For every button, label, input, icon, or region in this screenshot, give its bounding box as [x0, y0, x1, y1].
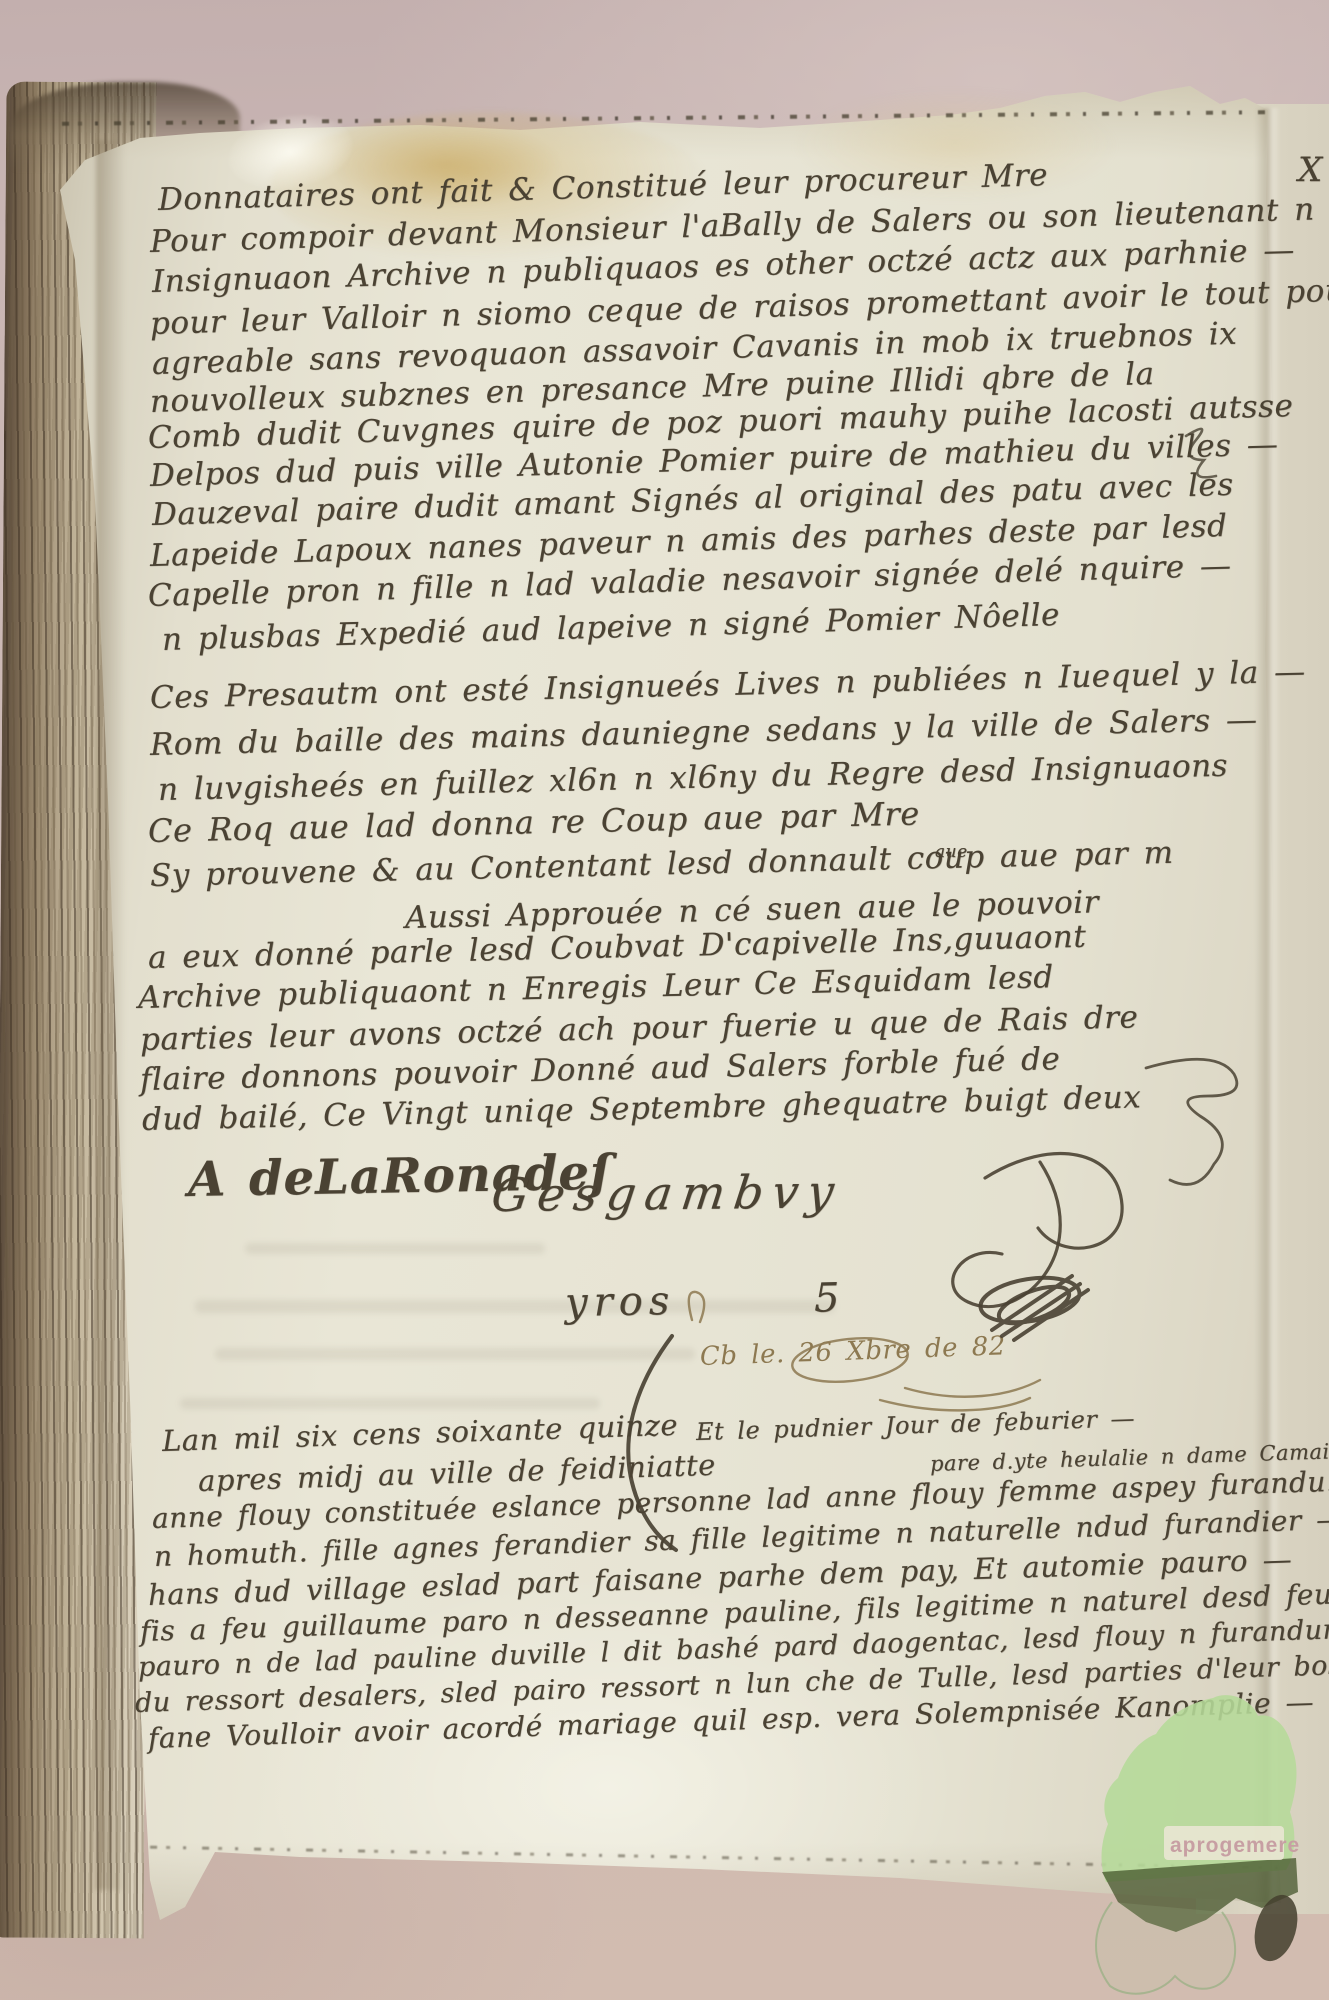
aprogemere-watermark: aprogemere [0, 0, 1329, 2000]
watermark-outline-tail [1096, 1902, 1235, 1994]
watermark-label: aprogemere [1170, 1834, 1300, 1857]
manuscript-photo: Donnataires ont fait & Constitué leur pr… [0, 0, 1329, 2000]
